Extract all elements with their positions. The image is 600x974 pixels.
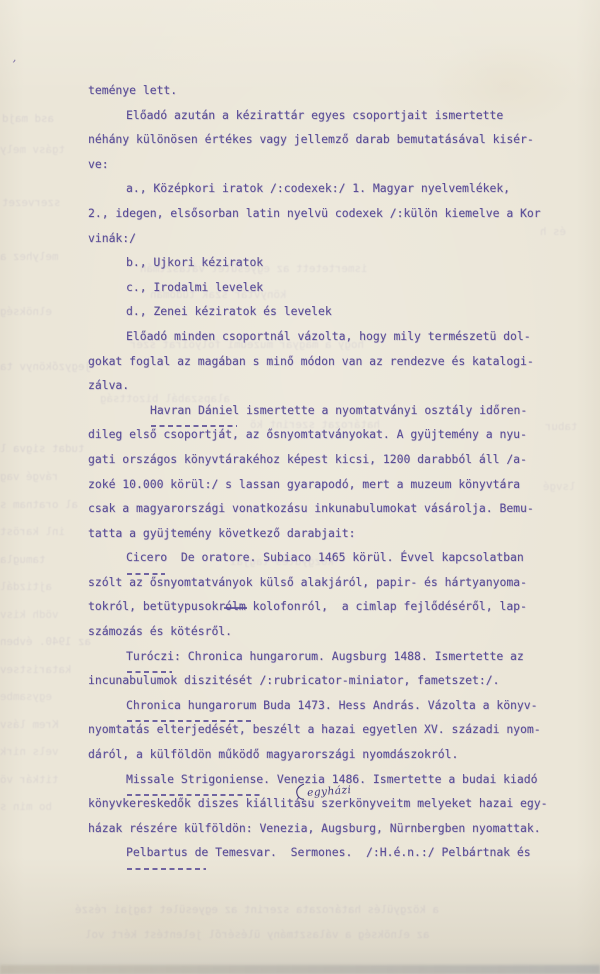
typed-line: házak részére külföldön: Venezia, Augsbu… [88,816,558,841]
typed-text: számozás és kötésről. [88,624,232,638]
typed-text: dáról, a külföldön működő magyarországi … [88,747,458,761]
bleedthrough-line: inl karöst [0,525,65,538]
typed-text: gati országos könyvtárakéhoz képest kics… [88,452,527,466]
paper-stain [40,880,260,960]
typed-line: d., Zenei kéziratok és levelek [88,299,558,324]
typed-text: tokról, betütypusokr [88,599,225,613]
dash-underlined-word: Cicero [126,545,167,570]
overstruck-text: ólm [225,594,246,619]
typed-text: Előadó azután a kézirattár egyes csoport… [126,108,503,122]
bleedthrough-line: ajtizdál [0,580,52,593]
typed-text: dileg első csoportját, az ősnyomtatványo… [88,427,527,441]
bleedthrough-line: Krem lásv [0,718,59,731]
typed-text: házak részére külföldön: Venezia, Augsbu… [88,821,541,835]
corner-pen-mark: ’ [9,58,17,74]
typed-text: Temesvar. Sermones. /:H.é.n.:/ Pelbártna… [208,845,530,859]
typed-line: b., Ujkori kéziratok [88,250,558,275]
bleedthrough-line: al oratnam s [0,498,78,511]
bleedthrough-line: asd majd [2,112,54,125]
typed-line: ve: [88,152,558,177]
bleedthrough-line: egysambe [0,690,52,703]
typed-text: 2., idegen, elsősorban latin nyelvü code… [88,206,541,220]
typed-line: a., Középkori iratok /:codexek:/ 1. Magy… [88,176,558,201]
typed-line: c., Irodalmi levelek [88,275,558,300]
bleedthrough-line: a közgyülés határozata szerint az egyesü… [75,903,439,916]
typed-line: Előadó minden csoportnál vázolta, hogy m… [88,324,558,349]
typed-line: teménye lett. [88,78,558,103]
typed-line: Pelbartus de Temesvar. Sermones. /:H.é.n… [88,840,558,865]
typed-line: Turóczi: Chronica hungarorum. Augsburg 1… [88,644,558,669]
typed-text: szólt az ősnyomtatványok külső alakjáról… [88,575,527,589]
typed-text: teménye lett. [88,83,177,97]
typed-text: zálva. [88,378,129,392]
bleedthrough-line: melyhez a [0,250,59,263]
typed-line: néhány különösen értékes vagy jellemző d… [88,127,558,152]
typed-text: Buda 1473. Hess András. Vázolta a könyv- [256,698,537,712]
typed-line: tatta a gyüjtemény következő darabjait: [88,521,558,546]
bleedthrough-line: az 1940. évben [0,635,91,648]
dash-underlined-word: Missale Strigoniense [126,767,263,792]
typed-line: Előadó azután a kézirattár egyes csoport… [88,103,558,128]
typed-line: tokról, betütypusokrólm kolofonról, a ci… [88,594,558,619]
bleedthrough-line: titkár vö [0,773,59,786]
page-bottom-edge [0,965,600,974]
typed-line: számozás és kötésről. [88,619,558,644]
bleedthrough-line: bo min s [0,800,52,813]
typed-text: b., Ujkori kéziratok [126,255,263,269]
bleedthrough-line: kataristsev [0,663,72,676]
typed-text: nyomtatás elterjedését, beszélt a hazai … [88,722,541,736]
bleedthrough-line: elnökség [0,305,52,318]
bleedthrough-line: vödh kisv [0,608,59,621]
typed-line: zoké 10.000 körül:/ s lassan gyarapodó, … [88,472,558,497]
dash-underlined-word: Chronica hungarorum [126,693,256,718]
typed-line: Cicero De oratore. Subiaco 1465 körül. É… [88,545,558,570]
typed-text: néhány különösen értékes vagy jellemző d… [88,132,534,146]
typed-text: ismertette a nyomtatványi osztály időren… [239,403,527,417]
typed-text: incunabulumok diszitését /:rubricator-mi… [88,673,499,687]
typed-text: tatta a gyüjtemény következő darabjait: [88,526,355,540]
typed-text: a., Középkori iratok /:codexek:/ 1. Magy… [126,181,510,195]
typed-text: : Chronica hungarorum. Augsburg 1488. Is… [174,649,524,663]
typed-text-block: teménye lett.Előadó azután a kézirattár … [88,78,558,865]
dash-underlined-word: Turóczi [126,644,174,669]
dash-underlined-word: Pelbartus de [126,840,208,865]
typed-line: vinák:/ [88,226,558,251]
typed-line: dáról, a külföldön működő magyarországi … [88,742,558,767]
typed-text: kolofonról, a cimlap fejlődéséről, lap- [246,599,527,613]
typed-line: gati országos könyvtárakéhoz képest kics… [88,447,558,472]
bleedthrough-line: tgásv mely [0,143,65,156]
typed-line: Havran Dániel ismertette a nyomtatványi … [88,398,558,423]
typed-line: csak a magyarországi vonatkozásu inkunab… [88,496,558,521]
typed-text: zoké 10.000 körül:/ s lassan gyarapodó, … [88,477,520,491]
bleedthrough-line: tudat sigva l [0,442,85,455]
typed-line: gokat foglal az magában s minő módon van… [88,349,558,374]
typed-text: csak a magyarországi vonatkozásu inkunab… [88,501,534,515]
typed-line: Chronica hungarorum Buda 1473. Hess Andr… [88,693,558,718]
insertion-caret-mark [292,782,307,801]
typed-text: Előadó minden csoportnál vázolta, hogy m… [126,329,531,343]
bleedthrough-line: jegyzőkönyv ta [0,360,91,373]
bleedthrough-line: tamugla [0,553,46,566]
typed-text: c., Irodalmi levelek [126,280,263,294]
typed-line: 2., idegen, elsősorban latin nyelvü code… [88,201,558,226]
typed-text: De oratore. Subiaco 1465 körül. Évvel ka… [167,550,524,564]
handwritten-word: egyházi [307,784,352,799]
typed-line: zálva. [88,373,558,398]
document-page: asd majdtgásv melyszervezetmelyhez aisme… [0,0,600,974]
bleedthrough-line: rávgé vag [0,470,59,483]
bleedthrough-line: vels nirk [0,745,59,758]
typed-text: gokat foglal az magában s minő módon van… [88,354,534,368]
bleedthrough-line: szervezet [2,196,61,209]
typed-text: vinák:/ [88,231,136,245]
bleedthrough-line: az elnökség a választmány üléséről jelen… [85,928,430,941]
typed-text: d., Zenei kéziratok és levelek [126,304,332,318]
dash-underlined-word: Havran Dániel [150,398,239,423]
typed-text: ve: [88,157,109,171]
